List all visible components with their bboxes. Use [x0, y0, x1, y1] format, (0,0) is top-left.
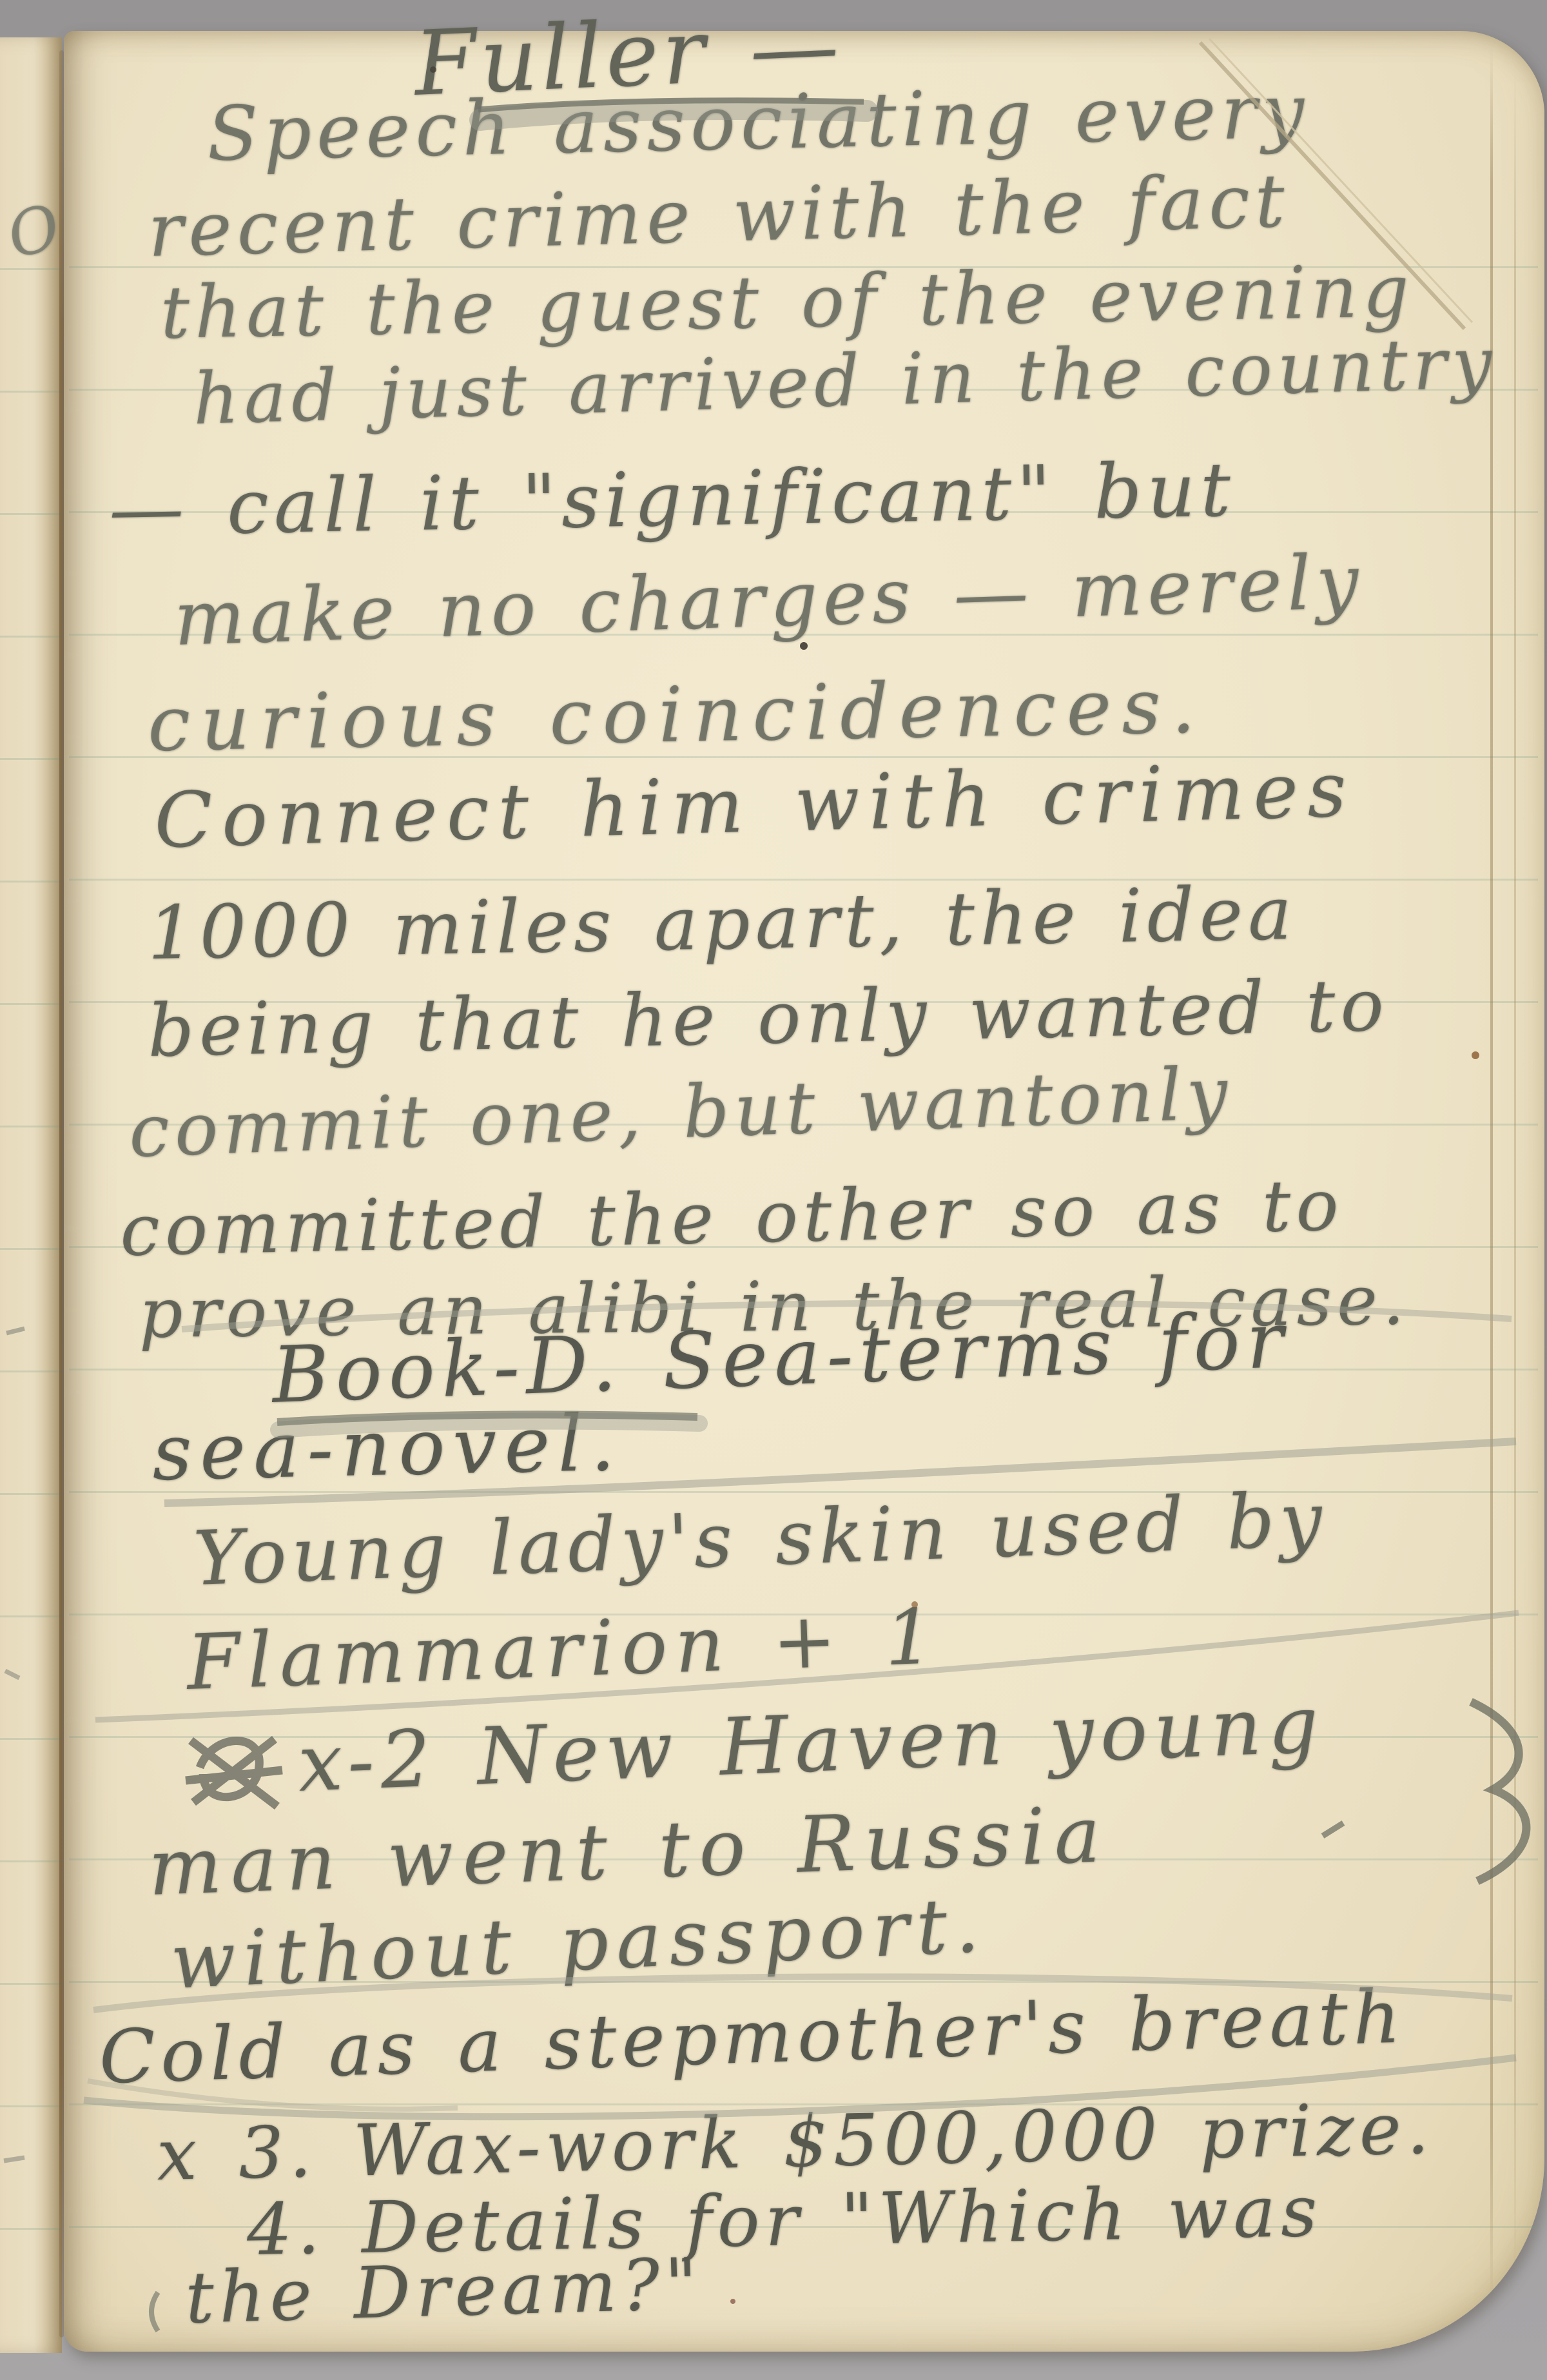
scanned-notebook-photo: { "scan": { "background_color": "#9c9a9b… — [0, 0, 1547, 2380]
speech-note-line: — call it "significant" but — [108, 451, 1236, 549]
binding-gutter — [59, 50, 64, 2337]
book-note-line: sea-novel. — [151, 1403, 623, 1494]
margin-pencil-mark: O — [1, 194, 66, 269]
idea-list-line: the Dream?" — [184, 2247, 703, 2336]
speech-note-line: curious coincidences. — [147, 666, 1206, 765]
previous-page-edge: O — [0, 37, 62, 2353]
speech-note-line: 1000 miles apart, the idea — [147, 875, 1298, 972]
page-stack-edge — [1514, 70, 1516, 2281]
ruled-lines — [0, 268, 62, 2256]
